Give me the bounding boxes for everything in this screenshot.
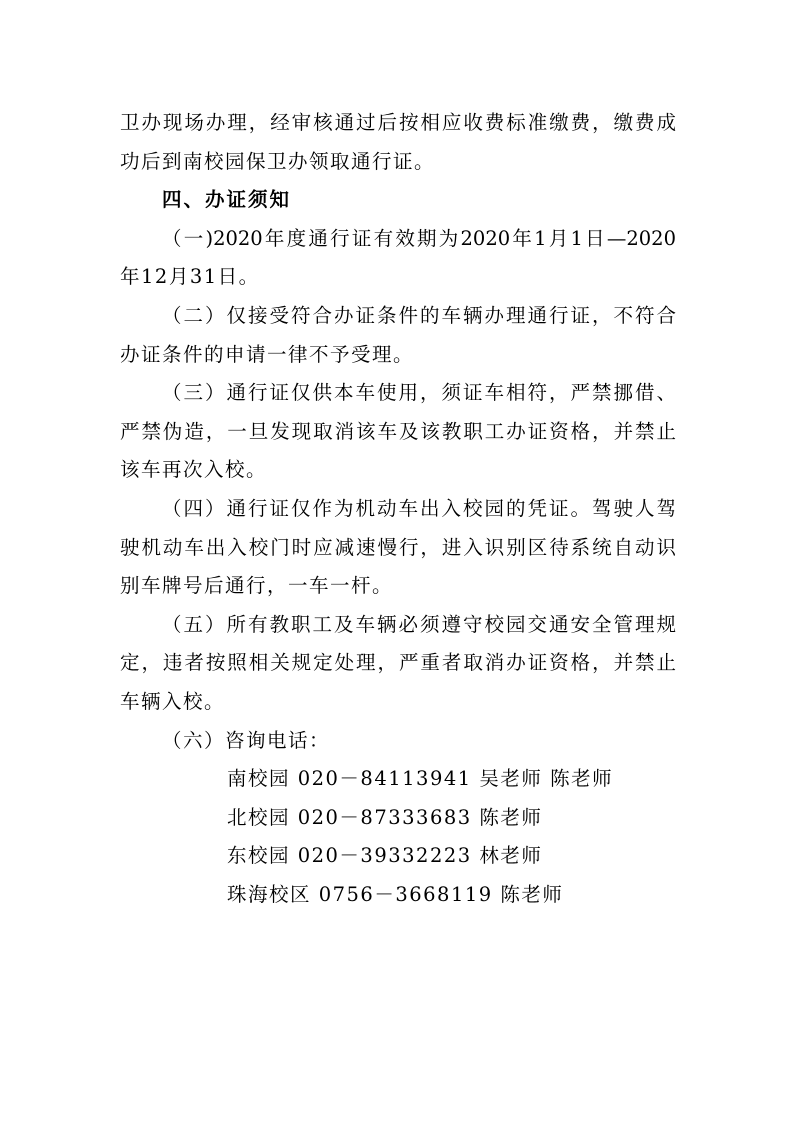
item-2-line-2: 办证条件的申请一律不予受理。 xyxy=(120,336,676,375)
contact-east-campus: 东校园 020－39332223 林老师 xyxy=(120,837,676,876)
contact-north-campus: 北校园 020－87333683 陈老师 xyxy=(120,799,676,838)
item-1-line-2: 年12月31日。 xyxy=(120,258,676,297)
item-5-line-2: 定，违者按照相关规定处理，严重者取消办证资格，并禁止 xyxy=(120,644,676,683)
intro-line-2: 功后到南校园保卫办领取通行证。 xyxy=(120,143,676,182)
document-page: 卫办现场办理，经审核通过后按相应收费标准缴费，缴费成 功后到南校园保卫办领取通行… xyxy=(120,104,676,914)
contact-south-campus: 南校园 020－84113941 吴老师 陈老师 xyxy=(120,760,676,799)
item-3-line-3: 该车再次入校。 xyxy=(120,451,676,490)
item-5-line-3: 车辆入校。 xyxy=(120,683,676,722)
item-3-line-1: （三）通行证仅供本车使用，须证车相符，严禁挪借、 xyxy=(120,374,676,413)
notice-item-1: （一)2020年度通行证有效期为2020年1月1日—2020 年12月31日。 xyxy=(120,220,676,297)
notice-item-2: （二）仅接受符合办证条件的车辆办理通行证，不符合 办证条件的申请一律不予受理。 xyxy=(120,297,676,374)
section-heading: 四、办证须知 xyxy=(120,181,676,220)
item-6-line-1: （六）咨询电话： xyxy=(120,722,676,761)
notice-item-3: （三）通行证仅供本车使用，须证车相符，严禁挪借、 严禁伪造，一旦发现取消该车及该… xyxy=(120,374,676,490)
intro-line-1: 卫办现场办理，经审核通过后按相应收费标准缴费，缴费成 xyxy=(120,104,676,143)
notice-item-4: （四）通行证仅作为机动车出入校园的凭证。驾驶人驾 驶机动车出入校门时应减速慢行，… xyxy=(120,490,676,606)
item-3-line-2: 严禁伪造，一旦发现取消该车及该教职工办证资格，并禁止 xyxy=(120,413,676,452)
contact-zhuhai-campus: 珠海校区 0756－3668119 陈老师 xyxy=(120,876,676,915)
item-1-line-1: （一)2020年度通行证有效期为2020年1月1日—2020 xyxy=(120,220,676,259)
notice-item-6: （六）咨询电话： xyxy=(120,722,676,761)
item-4-line-3: 别车牌号后通行，一车一杆。 xyxy=(120,567,676,606)
item-4-line-2: 驶机动车出入校门时应减速慢行，进入识别区待系统自动识 xyxy=(120,529,676,568)
notice-item-5: （五）所有教职工及车辆必须遵守校园交通安全管理规 定，违者按照相关规定处理，严重… xyxy=(120,606,676,722)
item-2-line-1: （二）仅接受符合办证条件的车辆办理通行证，不符合 xyxy=(120,297,676,336)
contact-list: 南校园 020－84113941 吴老师 陈老师 北校园 020－8733368… xyxy=(120,760,676,914)
item-4-line-1: （四）通行证仅作为机动车出入校园的凭证。驾驶人驾 xyxy=(120,490,676,529)
item-5-line-1: （五）所有教职工及车辆必须遵守校园交通安全管理规 xyxy=(120,606,676,645)
